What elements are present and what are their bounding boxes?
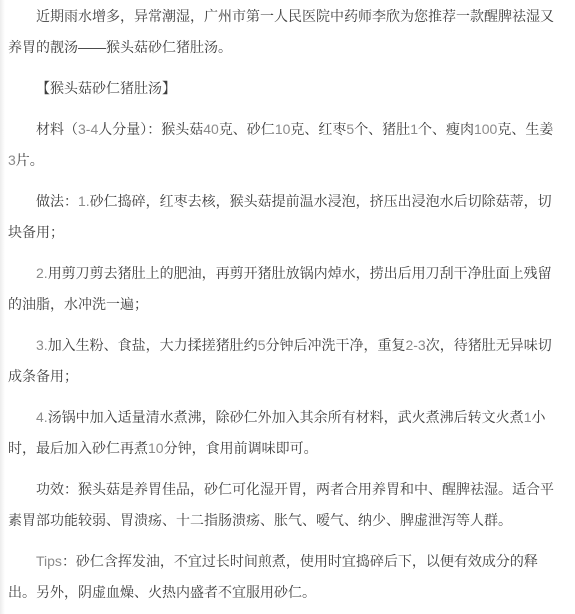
ingredients-paragraph: 材料（3-4人分量）：猴头菇40克、砂仁10克、红枣5个、猪肚1个、瘦肉100克…	[8, 114, 556, 176]
step-3-paragraph: 3.加入生粉、食盐，大力揉搓猪肚约5分钟后冲洗干净，重复2-3次，待猪肚无异味切…	[8, 330, 556, 392]
benefits-paragraph: 功效：猴头菇是养胃佳品，砂仁可化湿开胃，两者合用养胃和中、醒脾祛湿。适合平素胃部…	[8, 474, 556, 536]
tips-paragraph: Tips：砂仁含挥发油，不宜过长时间煎煮，使用时宜捣碎后下，以便有效成分的释出。…	[8, 546, 556, 608]
step-2-paragraph: 2.用剪刀剪去猪肚上的肥油，再剪开猪肚放锅内焯水，捞出后用刀刮干净肚面上残留的油…	[8, 258, 556, 320]
step-4-paragraph: 4.汤锅中加入适量清水煮沸，除砂仁外加入其余所有材料，武火煮沸后转文火煮1小时，…	[8, 402, 556, 464]
left-edge-shading	[0, 0, 5, 614]
article-body: 近期雨水增多，异常潮湿，广州市第一人民医院中药师李欣为您推荐一款醒脾祛湿又养胃的…	[0, 0, 575, 614]
soup-name-heading: 【猴头菇砂仁猪肚汤】	[8, 73, 556, 104]
intro-paragraph: 近期雨水增多，异常潮湿，广州市第一人民医院中药师李欣为您推荐一款醒脾祛湿又养胃的…	[8, 1, 556, 63]
step-1-paragraph: 做法：1.砂仁捣碎，红枣去核，猴头菇提前温水浸泡，挤压出浸泡水后切除菇蒂，切块备…	[8, 186, 556, 248]
